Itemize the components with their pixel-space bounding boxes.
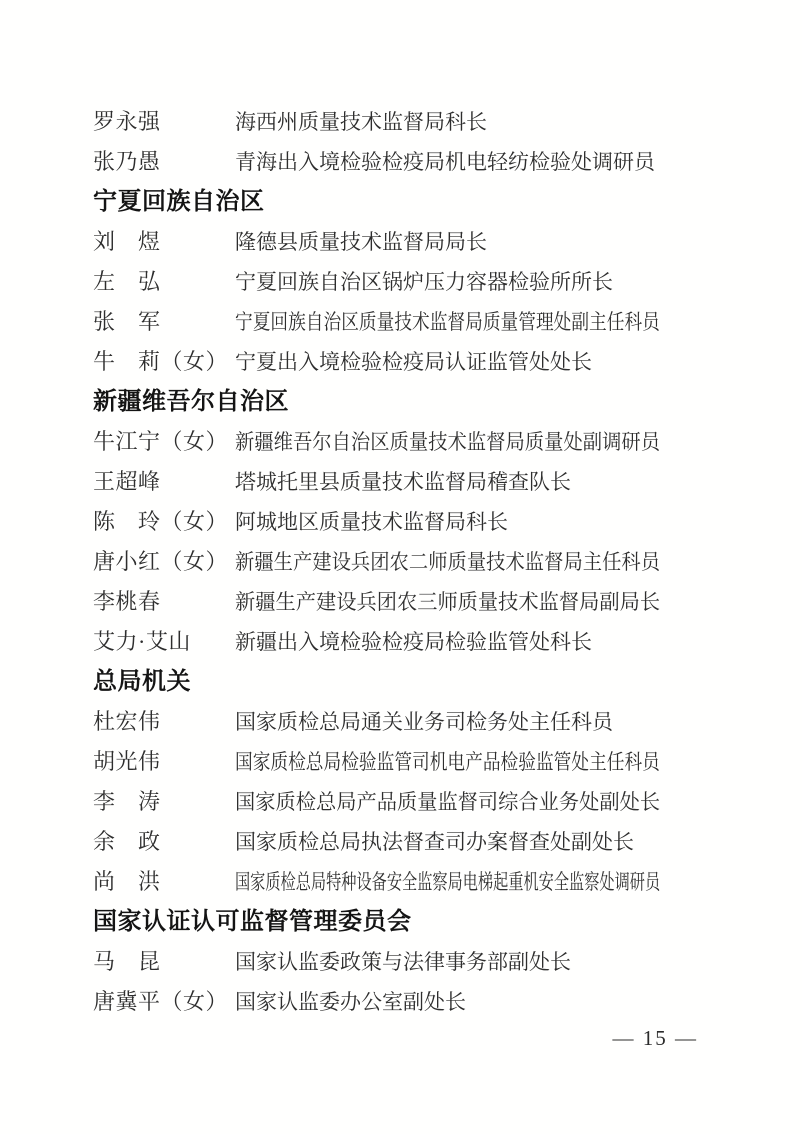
person-name: 胡光伟 (93, 742, 235, 782)
person-name: 尚 洪 (93, 862, 235, 902)
person-name: 艾力·艾山 (93, 622, 235, 662)
person-title: 隆德县质量技术监督局局长 (235, 222, 487, 262)
roster-row: 左 弘宁夏回族自治区锅炉压力容器检验所所长 (93, 262, 773, 302)
roster-row: 陈 玲（女）阿城地区质量技术监督局科长 (93, 502, 773, 542)
section-heading: 国家认证认可监督管理委员会 (93, 902, 773, 942)
person-title: 宁夏回族自治区质量技术监督局质量管理处副主任科员 (235, 302, 660, 342)
roster-row: 尚 洪国家质检总局特种设备安全监察局电梯起重机安全监察处调研员 (93, 862, 773, 902)
person-title: 新疆维吾尔自治区质量技术监督局质量处副调研员 (235, 422, 660, 462)
person-name: 王超峰 (93, 462, 235, 502)
person-name: 左 弘 (93, 262, 235, 302)
person-name: 唐冀平（女） (93, 982, 235, 1022)
roster-row: 马 昆国家认监委政策与法律事务部副处长 (93, 942, 773, 982)
person-title: 国家质检总局产品质量监督司综合业务处副处长 (235, 782, 660, 822)
page-number: — 15 — (613, 1026, 699, 1051)
person-title: 新疆生产建设兵团农二师质量技术监督局主任科员 (235, 542, 660, 582)
person-name: 马 昆 (93, 942, 235, 982)
person-title: 国家认监委办公室副处长 (235, 982, 466, 1022)
person-title: 宁夏回族自治区锅炉压力容器检验所所长 (235, 262, 613, 302)
person-name: 李桃春 (93, 582, 235, 622)
roster-row: 牛 莉（女）宁夏出入境检验检疫局认证监管处处长 (93, 342, 773, 382)
person-title: 新疆出入境检验检疫局检验监管处科长 (235, 622, 592, 662)
roster-row: 李桃春新疆生产建设兵团农三师质量技术监督局副局长 (93, 582, 773, 622)
roster-row: 唐冀平（女）国家认监委办公室副处长 (93, 982, 773, 1022)
section-heading: 宁夏回族自治区 (93, 182, 773, 222)
roster-list: 罗永强海西州质量技术监督局科长张乃愚青海出入境检验检疫局机电轻纺检验处调研员宁夏… (93, 102, 773, 1022)
roster-row: 张 军宁夏回族自治区质量技术监督局质量管理处副主任科员 (93, 302, 773, 342)
person-name: 张 军 (93, 302, 235, 342)
person-title: 宁夏出入境检验检疫局认证监管处处长 (235, 342, 592, 382)
roster-row: 罗永强海西州质量技术监督局科长 (93, 102, 773, 142)
person-name: 唐小红（女） (93, 542, 235, 582)
section-heading: 新疆维吾尔自治区 (93, 382, 773, 422)
person-name: 李 涛 (93, 782, 235, 822)
person-name: 刘 煜 (93, 222, 235, 262)
roster-row: 张乃愚青海出入境检验检疫局机电轻纺检验处调研员 (93, 142, 773, 182)
person-title: 国家质检总局执法督查司办案督查处副处长 (235, 822, 634, 862)
person-title: 国家质检总局通关业务司检务处主任科员 (235, 702, 613, 742)
section-heading: 总局机关 (93, 662, 773, 702)
roster-row: 唐小红（女）新疆生产建设兵团农二师质量技术监督局主任科员 (93, 542, 773, 582)
roster-row: 王超峰塔城托里县质量技术监督局稽查队长 (93, 462, 773, 502)
person-name: 张乃愚 (93, 142, 235, 182)
person-title: 青海出入境检验检疫局机电轻纺检验处调研员 (235, 142, 655, 182)
person-title: 国家认监委政策与法律事务部副处长 (235, 942, 571, 982)
roster-row: 李 涛国家质检总局产品质量监督司综合业务处副处长 (93, 782, 773, 822)
person-name: 余 政 (93, 822, 235, 862)
person-title: 阿城地区质量技术监督局科长 (235, 502, 508, 542)
person-title: 国家质检总局特种设备安全监察局电梯起重机安全监察处调研员 (235, 862, 660, 902)
roster-row: 牛江宁（女）新疆维吾尔自治区质量技术监督局质量处副调研员 (93, 422, 773, 462)
person-name: 杜宏伟 (93, 702, 235, 742)
person-title: 国家质检总局检验监管司机电产品检验监管处主任科员 (235, 742, 660, 782)
roster-row: 艾力·艾山新疆出入境检验检疫局检验监管处科长 (93, 622, 773, 662)
person-name: 牛江宁（女） (93, 422, 235, 462)
roster-row: 胡光伟国家质检总局检验监管司机电产品检验监管处主任科员 (93, 742, 773, 782)
roster-row: 刘 煜隆德县质量技术监督局局长 (93, 222, 773, 262)
person-name: 罗永强 (93, 102, 235, 142)
document-page: 罗永强海西州质量技术监督局科长张乃愚青海出入境检验检疫局机电轻纺检验处调研员宁夏… (0, 0, 802, 1134)
person-name: 牛 莉（女） (93, 342, 235, 382)
roster-row: 余 政国家质检总局执法督查司办案督查处副处长 (93, 822, 773, 862)
person-title: 海西州质量技术监督局科长 (235, 102, 487, 142)
person-name: 陈 玲（女） (93, 502, 235, 542)
person-title: 新疆生产建设兵团农三师质量技术监督局副局长 (235, 582, 660, 622)
person-title: 塔城托里县质量技术监督局稽查队长 (235, 462, 571, 502)
roster-row: 杜宏伟国家质检总局通关业务司检务处主任科员 (93, 702, 773, 742)
